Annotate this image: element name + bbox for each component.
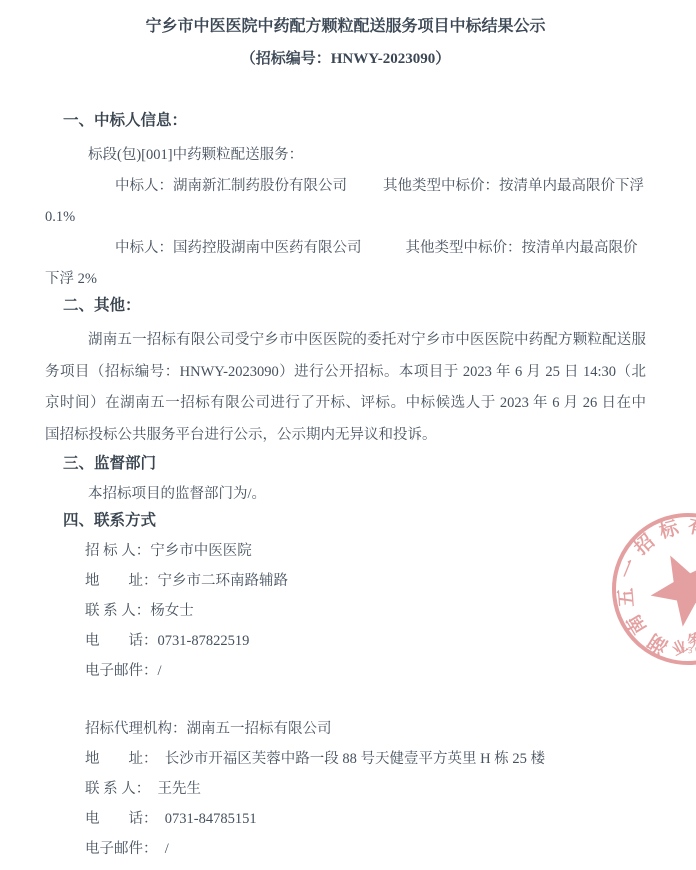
other-paragraph-line: 务项目（招标编号：HNWY-2023090）进行公开招标。本项目于 2023 年… (45, 357, 646, 389)
tenderee-phone-line: 电 话：0731-87822519 (45, 626, 646, 656)
agency-phone-line: 电 话： 0731-84785151 (45, 804, 646, 834)
tenderee-address-line: 地 址：宁乡市二环南路辅路 (45, 566, 646, 596)
supervision-body: 本招标项目的监督部门为/。 (45, 479, 646, 510)
section-heading-winner-info: 一、中标人信息： (45, 110, 646, 132)
announcement-page: 宁乡市中医医院中药配方颗粒配送服务项目中标结果公示 （招标编号：HNWY-202… (0, 0, 696, 870)
other-paragraph-line: 国招标投标公共服务平台进行公示，公示期内无异议和投诉。 (45, 420, 646, 452)
section-heading-other: 二、其他： (45, 295, 646, 317)
tenderee-contact-block: 招 标 人：宁乡市中医医院 地 址：宁乡市二环南路辅路 联 系 人：杨女士 电 … (45, 536, 646, 686)
winner-2-price-wrap: 下浮 2% (45, 264, 646, 295)
agency-email-line: 电子邮件： / (45, 834, 646, 864)
winner-row-2: 中标人：国药控股湖南中医药有限公司其他类型中标价：按清单内最高限价 (45, 233, 646, 264)
agency-contact-block: 招标代理机构：湖南五一招标有限公司 地 址： 长沙市开福区芙蓉中路一段 88 号… (45, 714, 646, 864)
section-heading-supervision: 三、监督部门 (45, 453, 646, 475)
winner-1-price-wrap: 0.1% (45, 202, 646, 233)
section-heading-contact: 四、联系方式 (45, 510, 646, 532)
tender-number: （招标编号：HNWY-2023090） (45, 48, 646, 70)
tenderee-name-line: 招 标 人：宁乡市中医医院 (45, 536, 646, 566)
other-paragraph-line: 湖南五一招标有限公司受宁乡市中医医院的委托对宁乡市中医医院中药配方颗粒配送服 (45, 325, 646, 357)
company-seal-stamp-icon: 湖南五一招标有限公司 业务专用章 43011 (578, 479, 696, 699)
tenderee-contact-person-line: 联 系 人：杨女士 (45, 596, 646, 626)
page-title: 宁乡市中医医院中药配方颗粒配送服务项目中标结果公示 (45, 16, 646, 38)
agency-name-line: 招标代理机构：湖南五一招标有限公司 (45, 714, 646, 744)
tenderee-email-line: 电子邮件：/ (45, 656, 646, 686)
winner-row-1: 中标人：湖南新汇制药股份有限公司其他类型中标价：按清单内最高限价下浮 (45, 171, 646, 202)
winner-1-name: 中标人：湖南新汇制药股份有限公司 (115, 178, 347, 194)
winner-2-price: 其他类型中标价：按清单内最高限价 (406, 240, 638, 256)
winner-2-name: 中标人：国药控股湖南中医药有限公司 (115, 240, 362, 256)
other-paragraph-line: 京时间）在湖南五一招标有限公司进行了开标、评标。中标候选人于 2023 年 6 … (45, 388, 646, 420)
agency-contact-person-line: 联 系 人： 王先生 (45, 774, 646, 804)
lot-line: 标段(包)[001]中药颗粒配送服务： (45, 140, 646, 171)
winner-1-price: 其他类型中标价：按清单内最高限价下浮 (383, 178, 644, 194)
agency-address-line: 地 址： 长沙市开福区芙蓉中路一段 88 号天健壹平方英里 H 栋 25 楼 (45, 744, 646, 774)
